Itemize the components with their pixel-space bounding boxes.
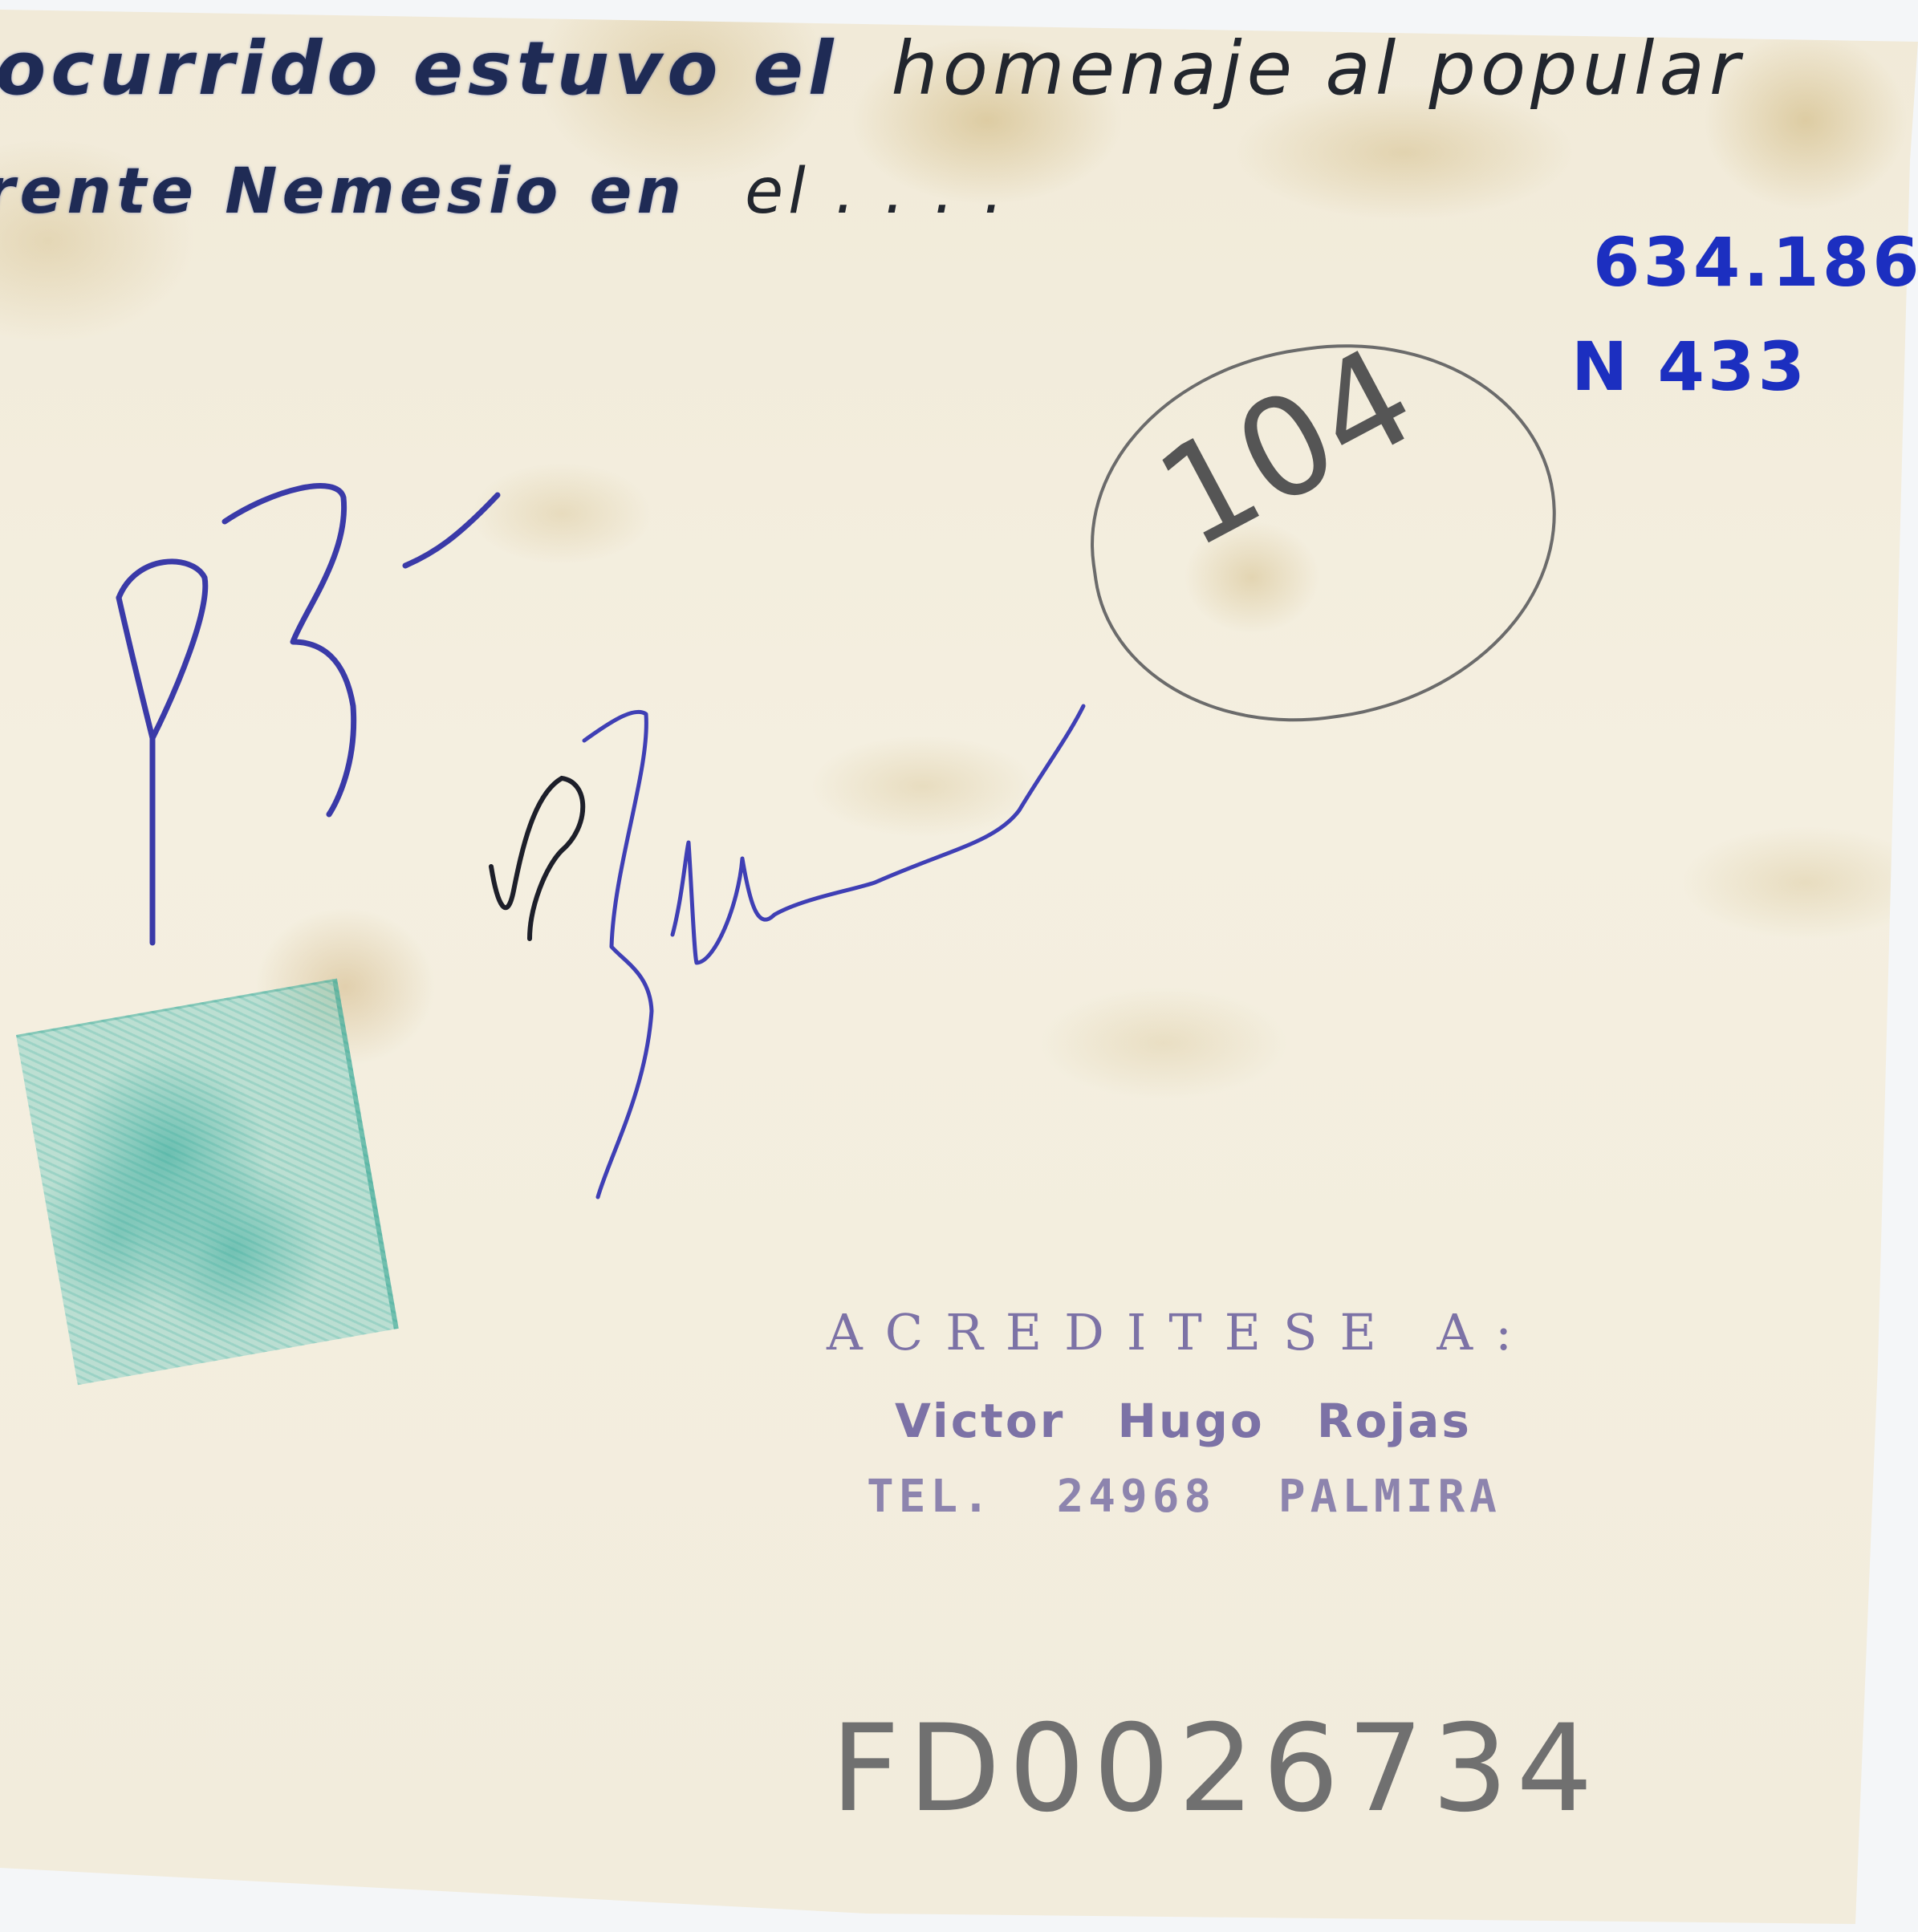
archive-id: FD0026734 bbox=[831, 1709, 1601, 1829]
note-line-1-dark: homenaje al popular bbox=[891, 26, 1744, 112]
catalog-number-line-1: 634.186 bbox=[1593, 229, 1918, 296]
note-line-2: rente Nemesio en el . . . . bbox=[0, 160, 1008, 223]
teal-ink-stamp bbox=[16, 978, 399, 1385]
note-line-1: ocurrido estuvo el homenaje al popular bbox=[0, 32, 1745, 106]
note-line-1-blue: ocurrido estuvo el bbox=[0, 26, 838, 112]
credit-stamp-line-2: Victor Hugo Rojas bbox=[895, 1398, 1472, 1444]
catalog-number-line-2: N 433 bbox=[1571, 333, 1808, 400]
note-line-2-blue: rente Nemesio en bbox=[0, 156, 686, 228]
note-line-2-dark: el . . . . bbox=[745, 156, 1008, 228]
credit-stamp-line-1: ACREDITESE A: bbox=[827, 1308, 1534, 1358]
credit-stamp-line-3: TEL. 24968 PALMIRA bbox=[867, 1475, 1501, 1520]
